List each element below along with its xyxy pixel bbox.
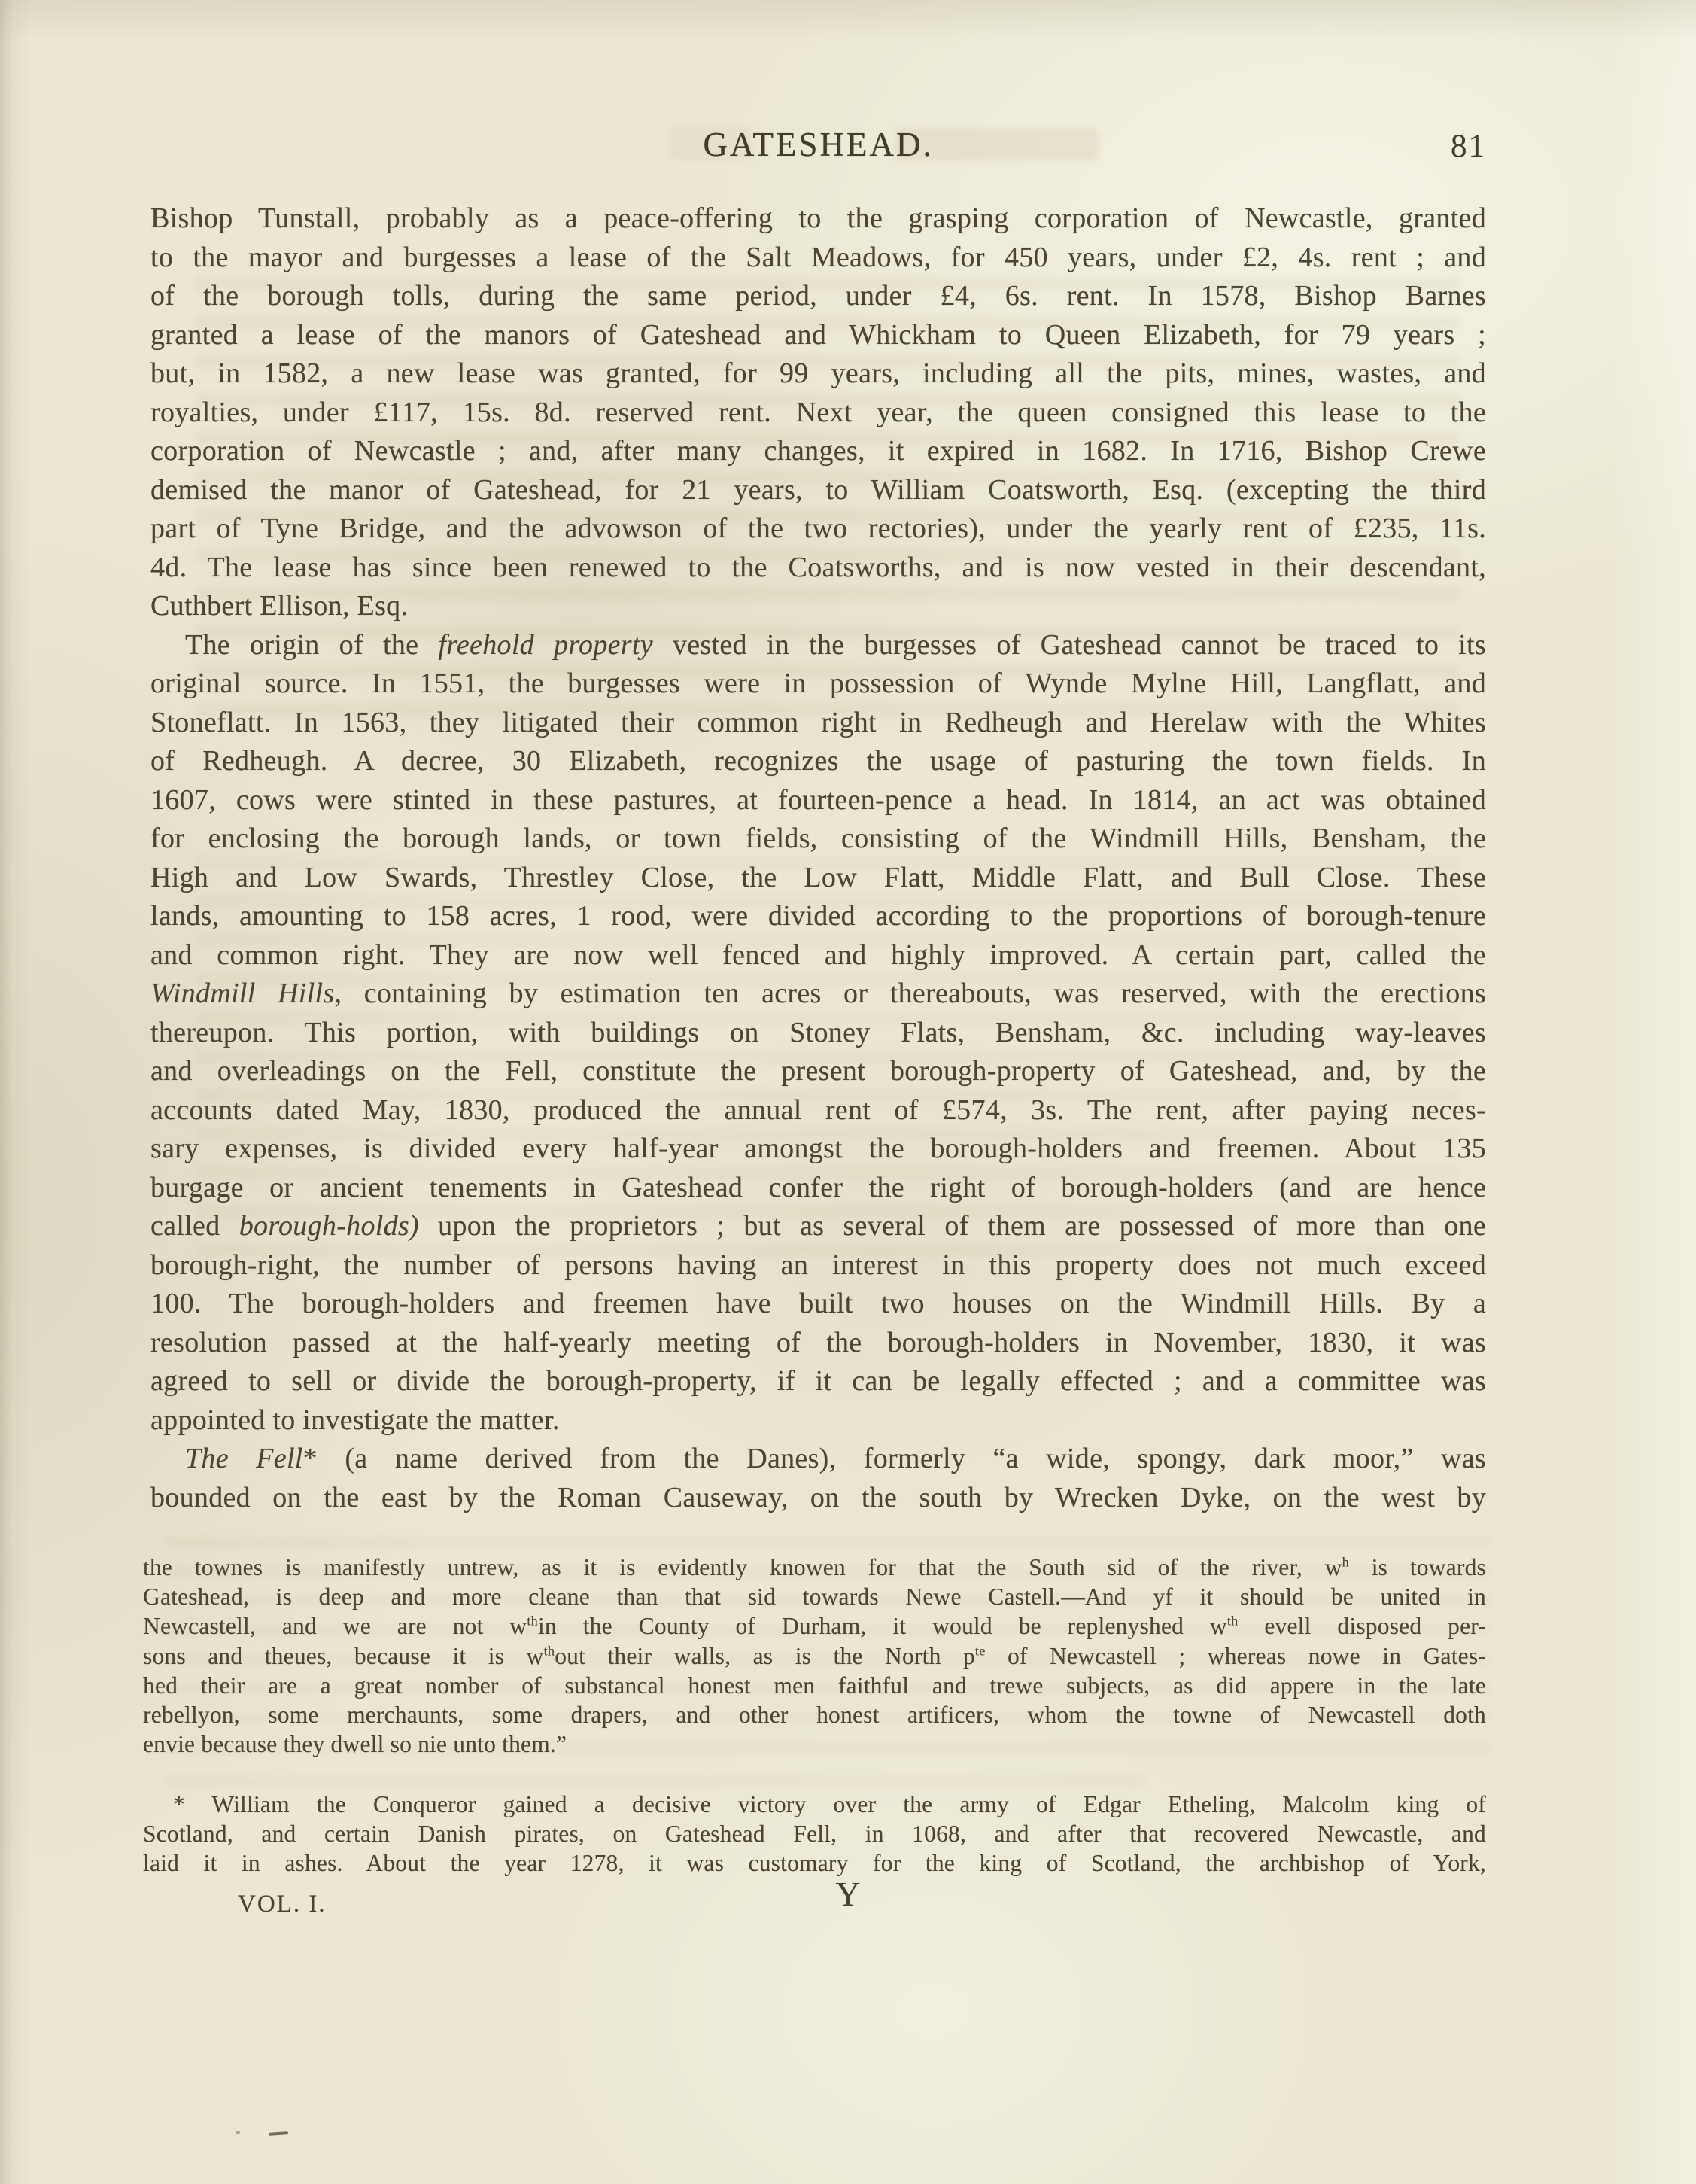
text-line: Scotland, and certain Danish pirates, on… [143,1819,1486,1848]
text-segment: Gateshead, is deep and more cleane than … [143,1583,1486,1610]
text-line: part of Tyne Bridge, and the advowson of… [150,509,1486,549]
text-segment: 4d. The lease has since been renewed to … [150,552,1486,583]
italic-text: Windmill Hills [150,978,334,1009]
text-line: envie because they dwell so nie unto the… [143,1729,1486,1759]
text-line: rebellyon, some merchaunts, some drapers… [143,1700,1486,1729]
text-segment: demised the manor of Gateshead, for 21 y… [150,474,1486,506]
text-segment: of Redheugh. A decree, 30 Elizabeth, rec… [150,745,1486,777]
signature-mark: Y [0,1874,1696,1914]
text-segment: evell disposed per- [1239,1613,1487,1639]
text-line: Bishop Tunstall, probably as a peace-off… [150,199,1486,239]
text-segment: vested in the burgesses of Gateshead can… [653,629,1486,661]
footnote-asterisk: * William the Conqueror gained a decisiv… [143,1790,1486,1878]
text-segment: agreed to sell or divide the borough-pro… [150,1365,1486,1397]
text-segment: Cuthbert Ellison, Esq. [150,590,408,622]
text-line: demised the manor of Gateshead, for 21 y… [150,471,1486,510]
text-line: sons and theues, because it is wthout th… [143,1641,1486,1671]
text-segment: upon the proprietors ; but as several of… [419,1210,1486,1242]
text-segment: called [150,1210,239,1242]
text-segment: sons and theues, because it is w [143,1643,544,1669]
text-segment: Newcastell, and we are not w [143,1613,527,1639]
paragraph: the townes is manifestly untrew, as it i… [143,1553,1486,1759]
text-segment: High and Low Swards, Threstley Close, th… [150,862,1486,893]
text-line: the townes is manifestly untrew, as it i… [143,1553,1486,1582]
text-segment: of the borough tolls, during the same pe… [150,280,1486,312]
text-segment: Stoneflatt. In 1563, they litigated thei… [150,707,1486,738]
paragraph: The origin of the freehold property vest… [150,626,1486,1440]
text-segment: corporation of Newcastle ; and, after ma… [150,435,1486,467]
text-line: hed their are a great nomber of substanc… [143,1671,1486,1700]
text-segment: in the County of Durham, it would be rep… [538,1613,1227,1639]
text-segment: The origin of the [185,629,438,661]
text-line: corporation of Newcastle ; and, after ma… [150,432,1486,471]
text-segment: * William the Conqueror gained a decisiv… [173,1791,1486,1817]
text-segment: bounded on the east by the Roman Causewa… [150,1482,1486,1513]
text-line: appointed to investigate the matter. [150,1401,1486,1440]
text-segment: 100. The borough-holders and freemen hav… [150,1288,1486,1319]
text-segment: granted a lease of the manors of Gateshe… [150,319,1486,351]
text-segment: Bishop Tunstall, probably as a peace-off… [150,202,1486,234]
text-line: of Redheugh. A decree, 30 Elizabeth, rec… [150,742,1486,781]
text-line: bounded on the east by the Roman Causewa… [150,1479,1486,1518]
text-line: 100. The borough-holders and freemen hav… [150,1285,1486,1324]
text-line: 1607, cows were stinted in these pasture… [150,781,1486,820]
text-segment: , containing by estimation ten acres or … [334,978,1486,1009]
text-segment: and common right. They are now well fenc… [150,939,1486,971]
text-segment: burgage or ancient tenements in Gateshea… [150,1172,1486,1203]
book-page: GATESHEAD. 81 Bishop Tunstall, probably … [0,0,1696,2184]
text-line: and overleadings on the Fell, constitute… [150,1052,1486,1091]
text-segment: borough-right, the number of persons hav… [150,1249,1486,1281]
text-line: sary expenses, is divided every half-yea… [150,1130,1486,1169]
text-line: thereupon. This portion, with buildings … [150,1014,1486,1053]
superscript-text: th [544,1643,555,1658]
text-line: lands, amounting to 158 acres, 1 rood, w… [150,897,1486,936]
text-line: royalties, under £117, 15s. 8d. reserved… [150,394,1486,433]
italic-text: borough-holds) [239,1210,419,1242]
text-line: Newcastell, and we are not wthin the Cou… [143,1611,1486,1641]
text-line: original source. In 1551, the burgesses … [150,665,1486,704]
text-segment: for enclosing the borough lands, or town… [150,823,1486,854]
pen-speck [236,2131,240,2134]
paragraph: * William the Conqueror gained a decisiv… [143,1790,1486,1878]
italic-text: The Fell [185,1443,303,1474]
text-segment: original source. In 1551, the burgesses … [150,668,1486,699]
text-segment: out their walls, as is the North p [555,1643,975,1669]
text-line: Gateshead, is deep and more cleane than … [143,1582,1486,1611]
text-segment: * (a name derived from the Danes), forme… [303,1443,1486,1474]
text-line: Stoneflatt. In 1563, they litigated thei… [150,704,1486,743]
superscript-text: th [527,1614,538,1629]
text-segment: but, in 1582, a new lease was granted, f… [150,357,1486,389]
text-line: burgage or ancient tenements in Gateshea… [150,1169,1486,1208]
body-text: Bishop Tunstall, probably as a peace-off… [150,199,1486,1517]
page-number: 81 [150,128,1486,165]
superscript-text: h [1342,1555,1349,1570]
text-line: granted a lease of the manors of Gateshe… [150,316,1486,355]
text-segment: hed their are a great nomber of substanc… [143,1672,1486,1699]
text-segment: to the mayor and burgesses a lease of th… [150,242,1486,273]
text-line: resolution passed at the half-yearly mee… [150,1324,1486,1363]
text-segment: sary expenses, is divided every half-yea… [150,1133,1486,1164]
text-line: to the mayor and burgesses a lease of th… [150,239,1486,278]
text-line: and common right. They are now well fenc… [150,936,1486,975]
text-segment: rebellyon, some merchaunts, some drapers… [143,1702,1486,1728]
text-segment: accounts dated May, 1830, produced the a… [150,1094,1486,1126]
text-segment: is towards [1349,1554,1486,1580]
paragraph: Bishop Tunstall, probably as a peace-off… [150,199,1486,626]
text-segment: appointed to investigate the matter. [150,1404,560,1436]
pen-mark [269,2131,288,2136]
text-line: borough-right, the number of persons hav… [150,1246,1486,1285]
text-segment: resolution passed at the half-yearly mee… [150,1327,1486,1358]
text-line: * William the Conqueror gained a decisiv… [143,1790,1486,1819]
text-line: of the borough tolls, during the same pe… [150,277,1486,316]
text-segment: laid it in ashes. About the year 1278, i… [143,1850,1486,1876]
text-segment: part of Tyne Bridge, and the advowson of… [150,513,1486,544]
text-line: High and Low Swards, Threstley Close, th… [150,859,1486,898]
text-line: accounts dated May, 1830, produced the a… [150,1091,1486,1130]
text-segment: royalties, under £117, 15s. 8d. reserved… [150,397,1486,428]
text-line: Windmill Hills, containing by estimation… [150,975,1486,1014]
footnote-continuation: the townes is manifestly untrew, as it i… [143,1553,1486,1759]
superscript-text: te [975,1643,986,1658]
paragraph: The Fell* (a name derived from the Danes… [150,1440,1486,1517]
text-line: agreed to sell or divide the borough-pro… [150,1362,1486,1401]
superscript-text: th [1227,1614,1239,1629]
text-segment: the townes is manifestly untrew, as it i… [143,1554,1342,1580]
text-line: but, in 1582, a new lease was granted, f… [150,354,1486,394]
text-line: Cuthbert Ellison, Esq. [150,587,1486,626]
text-line: for enclosing the borough lands, or town… [150,820,1486,859]
text-segment: lands, amounting to 158 acres, 1 rood, w… [150,900,1486,932]
text-line: 4d. The lease has since been renewed to … [150,549,1486,588]
text-line: The Fell* (a name derived from the Danes… [150,1440,1486,1479]
text-line: The origin of the freehold property vest… [150,626,1486,665]
text-segment: and overleadings on the Fell, constitute… [150,1055,1486,1087]
italic-text: freehold property [438,629,653,661]
text-line: called borough-holds) upon the proprieto… [150,1207,1486,1246]
text-segment: Scotland, and certain Danish pirates, on… [143,1821,1486,1847]
text-segment: 1607, cows were stinted in these pasture… [150,784,1486,816]
text-segment: thereupon. This portion, with buildings … [150,1017,1486,1048]
text-segment: envie because they dwell so nie unto the… [143,1731,567,1757]
text-segment: of Newcastell ; whereas nowe in Gates- [986,1643,1486,1669]
